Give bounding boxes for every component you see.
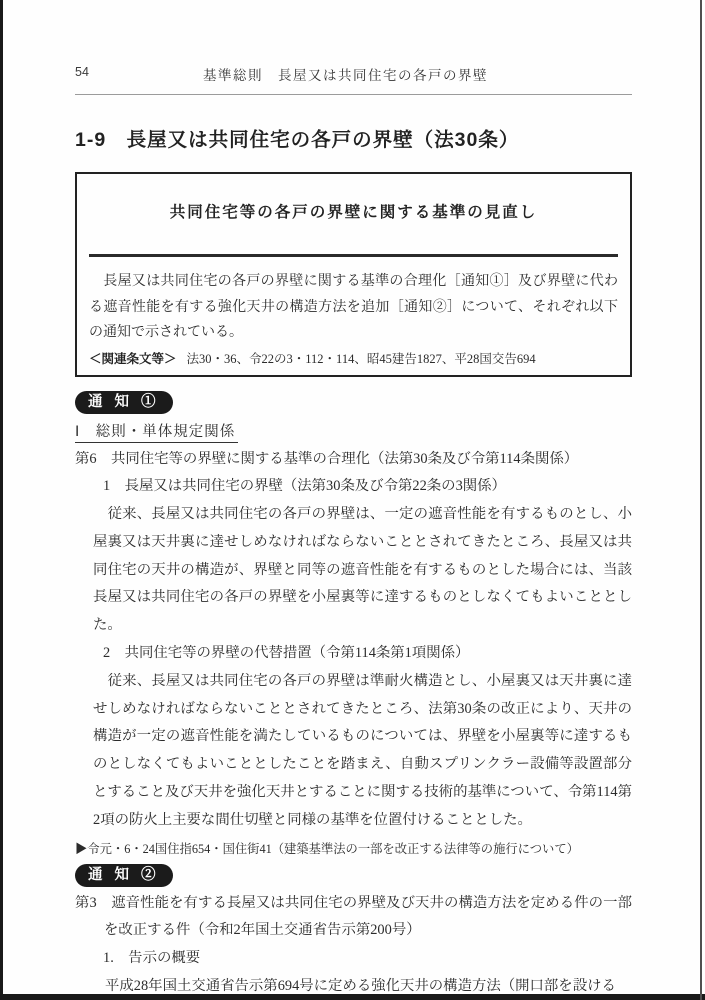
notice1-item2-heading: 2 共同住宅等の界壁の代替措置（令第114条第1項関係） bbox=[75, 640, 632, 668]
notice2-item1-paragraph: 平成28年国土交通省告示第694号に定める強化天井の構造方法（開口部を設ける bbox=[75, 973, 632, 1000]
related-articles-text: 法30・36、令22の3・112・114、昭45建告1827、平28国交告694 bbox=[187, 352, 536, 366]
notice1-roman-heading: Ⅰ 総則・単体規定関係 bbox=[75, 420, 632, 443]
book-page: 54 基準総則 長屋又は共同住宅の各戸の界壁 1-9 長屋又は共同住宅の各戸の界… bbox=[0, 0, 705, 1000]
page-right-edge bbox=[700, 0, 702, 1000]
section-title: 1-9 長屋又は共同住宅の各戸の界壁（法30条） bbox=[75, 124, 632, 152]
notice1-item2-paragraph: 従来、長屋又は共同住宅の各戸の界壁は準耐火構造とし、小屋裏又は天井裏に達せしめな… bbox=[75, 668, 632, 835]
page-number: 54 bbox=[75, 65, 89, 79]
related-articles-line: ＜関連条文等＞法30・36、令22の3・112・114、昭45建告1827、平2… bbox=[89, 349, 618, 367]
summary-box-body: 長屋又は共同住宅の各戸の界壁に関する基準の合理化［通知①］及び界壁に代わる遮音性… bbox=[89, 269, 618, 346]
notice1-body: 第6 共同住宅等の界壁に関する基準の合理化（法第30条及び令第114条関係） 1… bbox=[75, 446, 632, 835]
running-header-row: 54 基準総則 長屋又は共同住宅の各戸の界壁 bbox=[75, 64, 632, 82]
notice1-heading: 第6 共同住宅等の界壁に関する基準の合理化（法第30条及び令第114条関係） bbox=[75, 446, 632, 474]
notice2-item1-heading: 1. 告示の概要 bbox=[75, 945, 632, 973]
page-left-edge bbox=[0, 0, 3, 1000]
page-content: 54 基準総則 長屋又は共同住宅の各戸の界壁 1-9 長屋又は共同住宅の各戸の界… bbox=[75, 0, 632, 1000]
running-header-text: 基準総則 長屋又は共同住宅の各戸の界壁 bbox=[203, 64, 488, 84]
related-articles-label: ＜関連条文等＞ bbox=[89, 352, 177, 366]
notice1-item1-paragraph: 従来、長屋又は共同住宅の各戸の界壁は、一定の遮音性能を有するものとし、小屋裏又は… bbox=[75, 501, 632, 640]
notice1-reference-line: ▶令元・6・24国住指654・国住街41（建築基準法の一部を改正する法律等の施行… bbox=[75, 839, 632, 859]
notice2-body: 第3 遮音性能を有する長屋又は共同住宅の界壁及び天井の構造方法を定める件の一部を… bbox=[75, 890, 632, 1000]
header-rule bbox=[75, 94, 632, 95]
summary-box-divider bbox=[89, 254, 618, 257]
notice1-item1-heading: 1 長屋又は共同住宅の界壁（法第30条及び令第22条の3関係） bbox=[75, 473, 632, 501]
summary-box: 共同住宅等の各戸の界壁に関する基準の見直し 長屋又は共同住宅の各戸の界壁に関する… bbox=[75, 172, 632, 377]
summary-box-title: 共同住宅等の各戸の界壁に関する基準の見直し bbox=[89, 200, 618, 222]
notice1-badge: 通 知 ① bbox=[75, 391, 173, 414]
notice2-heading: 第3 遮音性能を有する長屋又は共同住宅の界壁及び天井の構造方法を定める件の一部を… bbox=[75, 890, 632, 946]
notice2-badge: 通 知 ② bbox=[75, 864, 173, 887]
